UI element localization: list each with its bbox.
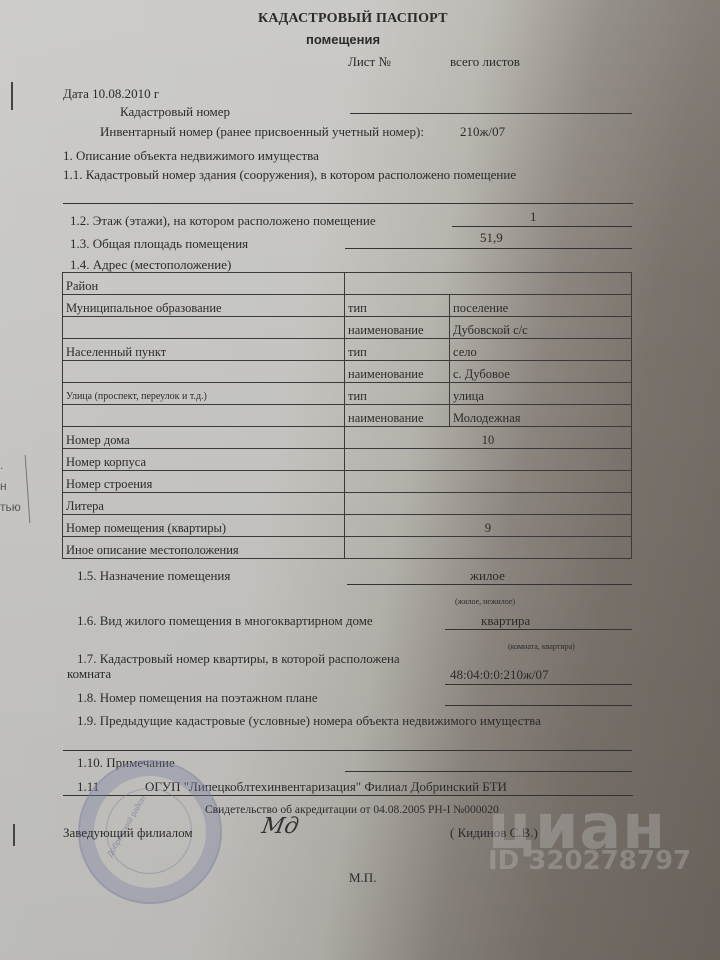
item-1-6-field xyxy=(445,629,632,630)
item-1-9-field xyxy=(63,750,632,751)
row-label: Номер дома xyxy=(63,427,345,449)
item-1-2-value: 1 xyxy=(530,209,537,225)
row-type: тип xyxy=(345,339,450,361)
row-value: Дубовской с/с xyxy=(450,317,632,339)
row-type: наименование xyxy=(345,361,450,383)
row-label: Муниципальное образование xyxy=(63,295,345,317)
row-label: Населенный пункт xyxy=(63,339,345,361)
row-value xyxy=(345,493,632,515)
item-1-6-label: 1.6. Вид жилого помещения в многоквартир… xyxy=(77,613,373,629)
sheet-number-label: Лист № xyxy=(348,54,391,70)
item-1-5-hint: (жилое, нежилое) xyxy=(455,597,515,606)
item-1-7-label-cont: комната xyxy=(67,666,111,682)
row-value xyxy=(345,471,632,493)
row-value xyxy=(345,449,632,471)
table-row: Населенный пункт тип село xyxy=(63,339,632,361)
cadastral-number-label: Кадастровый номер xyxy=(120,104,230,120)
row-label xyxy=(63,361,345,383)
item-1-5-value: жилое xyxy=(470,568,505,584)
item-1-7-value: 48:04:0:0:210ж/07 xyxy=(450,667,549,683)
row-label: Номер строения xyxy=(63,471,345,493)
cadastral-number-field xyxy=(350,113,632,114)
row-value: с. Дубовое xyxy=(450,361,632,383)
pen-mark xyxy=(11,82,13,110)
table-row: Литера xyxy=(63,493,632,515)
section-1-title: 1. Описание объекта недвижимого имуществ… xyxy=(63,148,319,164)
page-edge-line xyxy=(25,455,31,523)
seal-place-label: М.П. xyxy=(349,870,376,886)
table-row: наименование Молодежная xyxy=(63,405,632,427)
row-type: наименование xyxy=(345,405,450,427)
row-value: поселение xyxy=(450,295,632,317)
table-row: Муниципальное образование тип поселение xyxy=(63,295,632,317)
item-1-10-field xyxy=(345,771,632,772)
row-value xyxy=(345,537,632,559)
item-1-1-label: 1.1. Кадастровый номер здания (сооружени… xyxy=(63,167,516,183)
document-subtitle: помещения xyxy=(306,32,380,47)
row-value: улица xyxy=(450,383,632,405)
item-1-3-value: 51,9 xyxy=(480,230,503,246)
watermark-id: ID 320278797 xyxy=(488,846,691,876)
head-of-branch-label: Заведующий филиалом xyxy=(63,825,193,841)
row-label: Улица (проспект, переулок и т.д.) xyxy=(63,383,345,405)
table-row: Улица (проспект, переулок и т.д.) тип ул… xyxy=(63,383,632,405)
row-type: тип xyxy=(345,383,450,405)
item-1-3-field xyxy=(345,248,632,249)
row-label: Номер корпуса xyxy=(63,449,345,471)
pen-mark xyxy=(13,824,15,846)
item-1-1-field xyxy=(63,203,633,204)
row-label xyxy=(63,317,345,339)
row-label xyxy=(63,405,345,427)
item-1-7-field xyxy=(445,684,632,685)
table-row: наименование Дубовской с/с xyxy=(63,317,632,339)
item-1-4-label: 1.4. Адрес (местоположение) xyxy=(70,257,231,273)
item-1-8-label: 1.8. Номер помещения на поэтажном плане xyxy=(77,690,318,706)
item-1-3-label: 1.3. Общая площадь помещения xyxy=(70,236,248,252)
total-sheets-label: всего листов xyxy=(450,54,520,70)
table-row: наименование с. Дубовое xyxy=(63,361,632,383)
row-type: тип xyxy=(345,295,450,317)
inventory-number-value: 210ж/07 xyxy=(460,124,505,140)
accreditation-text: Свидетельство об акредитации от 04.08.20… xyxy=(205,804,499,816)
signature: Мд xyxy=(260,814,301,839)
row-label: Номер помещения (квартиры) xyxy=(63,515,345,537)
table-row: Номер корпуса xyxy=(63,449,632,471)
row-value: Молодежная xyxy=(450,405,632,427)
table-row: Номер строения xyxy=(63,471,632,493)
address-table: Район Муниципальное образование тип посе… xyxy=(62,272,632,559)
row-label: Район xyxy=(63,273,345,295)
table-row: Номер помещения (квартиры) 9 xyxy=(63,515,632,537)
row-value xyxy=(345,273,632,295)
table-row: Номер дома 10 xyxy=(63,427,632,449)
table-row: Иное описание местоположения xyxy=(63,537,632,559)
document-title: КАДАСТРОВЫЙ ПАСПОРТ xyxy=(258,11,448,27)
inventory-number-label: Инвентарный номер (ранее присвоенный уче… xyxy=(100,124,424,140)
row-value: село xyxy=(450,339,632,361)
row-label: Литера xyxy=(63,493,345,515)
row-value: 10 xyxy=(345,427,632,449)
item-1-2-field xyxy=(452,226,632,227)
item-1-5-label: 1.5. Назначение помещения xyxy=(77,568,230,584)
adjacent-page-fragment: . н тью xyxy=(0,455,21,518)
item-1-6-value: квартира xyxy=(481,613,530,629)
table-row: Район xyxy=(63,273,632,295)
row-value: 9 xyxy=(345,515,632,537)
item-1-6-hint: (комната, квартира) xyxy=(508,642,575,651)
row-type: наименование xyxy=(345,317,450,339)
item-1-5-field xyxy=(347,584,632,585)
row-label: Иное описание местоположения xyxy=(63,537,345,559)
item-1-7-label: 1.7. Кадастровый номер квартиры, в котор… xyxy=(77,651,400,667)
item-1-2-label: 1.2. Этаж (этажи), на котором расположен… xyxy=(70,213,376,229)
item-1-8-field xyxy=(445,705,632,706)
item-1-9-label: 1.9. Предыдущие кадастровые (условные) н… xyxy=(77,713,541,729)
date-label: Дата 10.08.2010 г xyxy=(63,86,159,102)
